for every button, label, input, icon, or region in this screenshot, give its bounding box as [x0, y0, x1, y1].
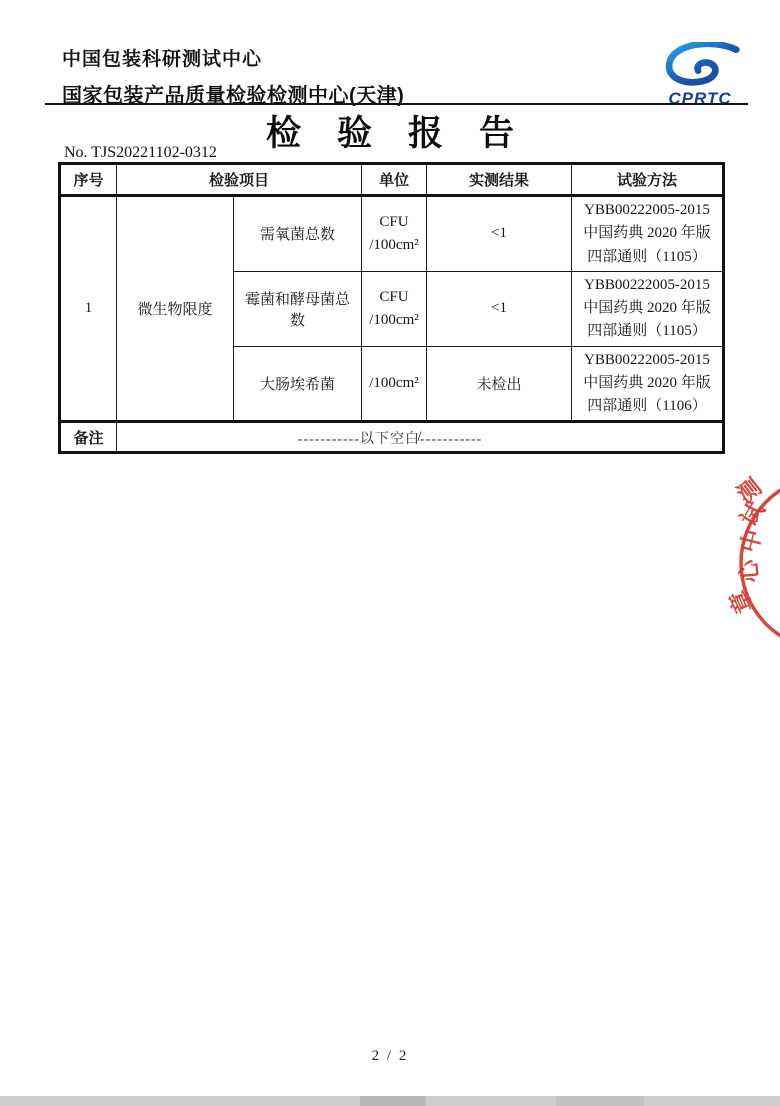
report-number: No. TJS20221102-0312 [64, 144, 217, 162]
table-header-row: 序号 检验项目 单位 实测结果 试验方法 [60, 164, 724, 196]
unit-line: /100cm² [366, 372, 422, 395]
item-cell: 需氧菌总数 [234, 196, 362, 272]
unit-cell: CFU /100cm² [362, 196, 427, 272]
col-header-unit: 单位 [362, 164, 427, 196]
page-number: 2 / 2 [0, 1048, 780, 1065]
method-line: 中国药典 2020 年版 [576, 222, 718, 245]
item-cell: 大肠埃希菌 [234, 346, 362, 422]
col-header-result: 实测结果 [427, 164, 572, 196]
cprtc-logo: CPRTC [652, 42, 748, 109]
below-blank-text: -----------以下空白----------- [0, 428, 780, 448]
red-seal-stamp: 测 试 中 心 章 [690, 452, 780, 687]
col-header-method: 试验方法 [572, 164, 724, 196]
table-row: 1 微生物限度 需氧菌总数 CFU /100cm² <1 YBB00222005… [60, 196, 724, 272]
method-cell: YBB00222005-2015 中国药典 2020 年版 四部通则（1106） [572, 346, 724, 422]
result-cell: 未检出 [427, 346, 572, 422]
org-header: 中国包装科研测试中心 国家包装产品质量检验检测中心(天津) [62, 44, 404, 108]
report-page: 中国包装科研测试中心 国家包装产品质量检验检测中心(天津) CPRTC 检验报告… [0, 0, 780, 1106]
header-divider [45, 103, 748, 105]
unit-cell: CFU /100cm² [362, 271, 427, 346]
horizontal-scrollbar[interactable] [0, 1096, 780, 1106]
result-cell: <1 [427, 271, 572, 346]
scrollbar-segment [556, 1096, 644, 1106]
method-line: YBB00222005-2015 [576, 274, 718, 297]
item-cell: 霉菌和酵母菌总数 [234, 271, 362, 346]
seal-char: 中 [737, 527, 767, 555]
org-name-line1: 中国包装科研测试中心 [62, 44, 404, 71]
unit-line: CFU [366, 286, 422, 309]
result-cell: <1 [427, 196, 572, 272]
unit-line: /100cm² [366, 234, 422, 257]
unit-cell: /100cm² [362, 346, 427, 422]
method-line: YBB00222005-2015 [576, 349, 718, 372]
method-cell: YBB00222005-2015 中国药典 2020 年版 四部通则（1105） [572, 196, 724, 272]
col-header-item: 检验项目 [117, 164, 362, 196]
category-cell: 微生物限度 [117, 196, 234, 422]
method-line: 四部通则（1105） [576, 320, 718, 343]
method-line: 四部通则（1105） [576, 246, 718, 269]
method-line: 中国药典 2020 年版 [576, 297, 718, 320]
seq-cell: 1 [60, 196, 117, 422]
seal-char: 心 [736, 558, 763, 584]
scrollbar-thumb[interactable] [360, 1096, 426, 1106]
unit-line: CFU [366, 211, 422, 234]
unit-line: /100cm² [366, 309, 422, 332]
method-line: 四部通则（1106） [576, 395, 718, 418]
col-header-seq: 序号 [60, 164, 117, 196]
results-table: 序号 检验项目 单位 实测结果 试验方法 1 微生物限度 需氧菌总数 CFU /… [58, 162, 725, 454]
swirl-logo-icon [652, 42, 748, 86]
method-line: YBB00222005-2015 [576, 199, 718, 222]
method-cell: YBB00222005-2015 中国药典 2020 年版 四部通则（1105） [572, 271, 724, 346]
method-line: 中国药典 2020 年版 [576, 372, 718, 395]
seal-char: 章 [724, 586, 757, 618]
